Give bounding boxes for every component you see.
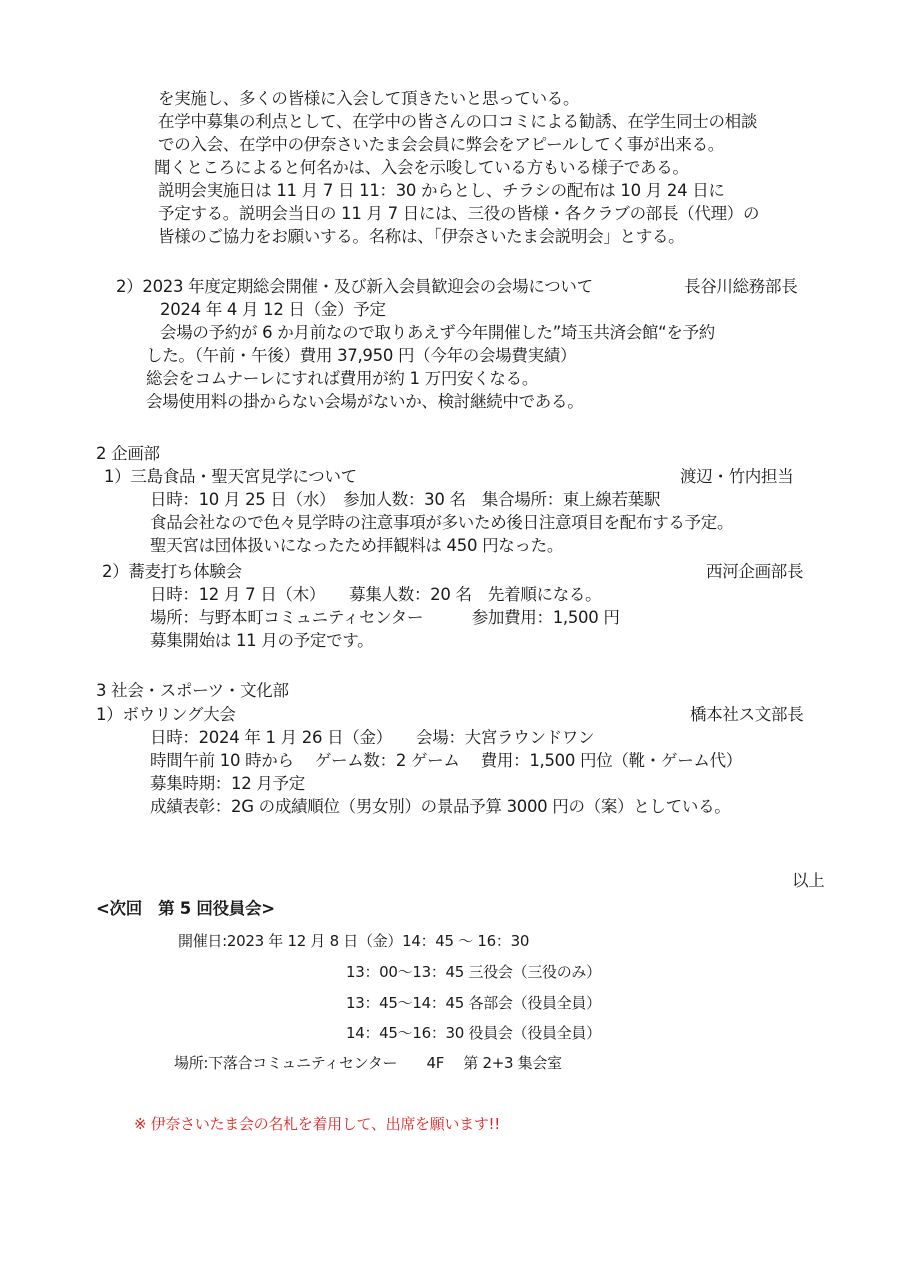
item-line: 時間午前 10 時から ゲーム数：2 ゲーム 費用：1,500 円位（靴・ゲーム… <box>150 750 742 772</box>
intro-line: 皆様のご協力をお願いする。名称は、「伊奈さいたま会説明会」とする。 <box>158 226 684 248</box>
meeting-place: 場所:下落合コミュニティセンター 4F 第 2+3 集会室 <box>174 1052 562 1074</box>
schedule-item: 14：45～16：30 役員会（役員全員） <box>346 1022 601 1044</box>
item-owner: 渡辺・竹内担当 <box>680 466 793 488</box>
schedule-item: 13：00～13：45 三役会（三役のみ） <box>346 961 601 983</box>
item-line: 成績表彰：2G の成績順位（男女別）の景品予算 3000 円の（案）としている。 <box>150 796 731 818</box>
item-line: 募集時期：12 月予定 <box>150 773 305 795</box>
item-line: 日時：2024 年 1 月 26 日（金） 会場：大宮ラウンドワン <box>150 727 594 749</box>
item-title: 2）2023 年度定期総会開催・及び新入会員歓迎会の会場について <box>116 276 593 298</box>
item-line: 聖天宮は団体扱いになったため拝観料は 450 円なった。 <box>150 535 563 557</box>
intro-line: での入会、在学中の伊奈さいたま会会員に弊会をアピールしてく事が出来る。 <box>158 134 724 156</box>
schedule-item: 13：45～14：45 各部会（役員全員） <box>346 992 601 1014</box>
section-heading: 3 社会・スポーツ・文化部 <box>96 680 289 702</box>
item-line: 日時：10 月 25 日（水） 参加人数：30 名 集合場所：東上線若葉駅 <box>150 489 660 511</box>
item-line: 日時：12 月 7 日（木） 募集人数：20 名 先着順になる。 <box>150 584 601 606</box>
intro-line: を実施し、多くの皆様に入会して頂きたいと思っている。 <box>158 88 579 110</box>
intro-line: 説明会実施日は 11 月 7 日 11：30 からとし、チラシの配布は 10 月… <box>158 180 725 202</box>
item-owner: 西河企画部長 <box>706 561 803 583</box>
item-line: 食品会社なので色々見学時の注意事項が多いため後日注意項目を配布する予定。 <box>150 512 733 534</box>
closing-mark: 以上 <box>792 870 824 892</box>
item-line: した。（午前・午後）費用 37,950 円（今年の会場費実績） <box>146 345 576 367</box>
item-title: 2）蕎麦打ち体験会 <box>102 561 242 583</box>
next-meeting-date: 開催日:2023 年 12 月 8 日（金）14：45 ～ 16：30 <box>178 930 529 952</box>
item-line: 会場の予約が 6 か月前なので取りあえず今年開催した”埼玉共済会館“を予約 <box>160 322 715 344</box>
item-line: 総会をコムナーレにすれば費用が約 1 万円安くなる。 <box>146 368 538 390</box>
attendance-note: ※ 伊奈さいたま会の名札を着用して、出席を願います!! <box>134 1113 500 1135</box>
item-line: 会場使用料の掛からない会場がないか、検討継続中である。 <box>146 391 583 413</box>
item-owner: 橋本社ス文部長 <box>690 704 803 726</box>
next-meeting-heading: <次回 第 5 回役員会> <box>96 898 275 920</box>
item-line: 場所：与野本町コミュニティセンター 参加費用：1,500 円 <box>150 607 620 629</box>
intro-line: 在学中募集の利点として、在学中の皆さんの口コミによる勧誘、在学生同士の相談 <box>158 111 757 133</box>
item-title: 1）三島食品・聖天宮見学について <box>104 466 357 488</box>
item-line: 募集開始は 11 月の予定です。 <box>150 630 373 652</box>
intro-line: 予定する。説明会当日の 11 月 7 日には、三役の皆様・各クラブの部長（代理）… <box>158 203 759 225</box>
item-line: 2024 年 4 月 12 日（金）予定 <box>160 299 386 321</box>
item-title: 1）ボウリング大会 <box>96 704 235 726</box>
item-owner: 長谷川総務部長 <box>684 276 797 298</box>
intro-line: 聞くところによると何名かは、入会を示唆している方もいる様子である。 <box>154 157 689 179</box>
section-heading: 2 企画部 <box>96 443 160 465</box>
